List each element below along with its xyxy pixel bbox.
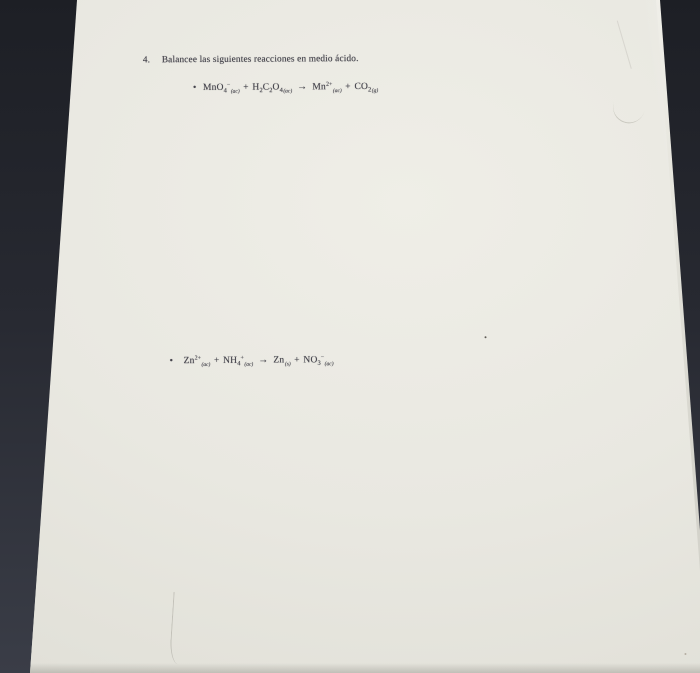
formula-segment: Zn — [184, 356, 195, 366]
reaction-equation-1: •MnO4−(ac) + H2C2O4(ac)→Mn2+(ac) + CO2(g… — [193, 81, 378, 95]
formula-segment: (ac) — [231, 88, 240, 94]
bullet-icon: • — [170, 356, 184, 366]
formula-segment: (ac) — [333, 88, 342, 94]
reaction-equation-2: •Zn2+(ac) + NH4+(ac)→Zn(s) + NO3−(ac) — [170, 354, 334, 368]
formula-segment: Mn — [312, 82, 326, 92]
paper-content: 4.Balancee las siguientes reacciones en … — [0, 0, 700, 673]
formula-segment: Zn — [273, 355, 284, 365]
problem-text: Balancee las siguientes reacciones en me… — [162, 54, 359, 65]
formula-segment: 2 — [368, 86, 371, 93]
formula-segment: + CO — [342, 82, 368, 92]
formula-segment: − — [227, 82, 230, 88]
formula-segment: MnO — [203, 83, 224, 93]
formula-segment: 2+ — [195, 355, 201, 361]
formula-segment: + NH — [210, 356, 237, 366]
reaction-2-formula: Zn2+(ac) + NH4+(ac)→Zn(s) + NO3−(ac) — [184, 355, 334, 366]
formula-segment: − — [321, 355, 324, 361]
formula-segment: (ac) — [325, 361, 334, 367]
formula-segment: → — [297, 81, 307, 92]
reaction-1-formula: MnO4−(ac) + H2C2O4(ac)→Mn2+(ac) + CO2(g) — [203, 82, 378, 93]
formula-segment: O — [272, 83, 279, 93]
formula-segment: (ac) — [283, 88, 292, 94]
formula-segment: → — [258, 355, 268, 366]
problem-number: 4. — [143, 55, 162, 65]
photographed-worksheet: 4.Balancee las siguientes reacciones en … — [0, 0, 700, 673]
problem-statement: 4.Balancee las siguientes reacciones en … — [143, 54, 359, 65]
formula-segment: (g) — [372, 87, 378, 93]
formula-segment: (ac) — [202, 361, 211, 367]
bullet-icon: • — [193, 83, 203, 93]
formula-segment: + NO — [291, 355, 318, 365]
paper-speck — [684, 653, 686, 655]
paper-crease — [609, 86, 649, 127]
paper-speck — [485, 336, 487, 338]
formula-segment: (ac) — [244, 361, 253, 367]
formula-segment: + — [240, 355, 243, 361]
formula-segment: + H — [240, 83, 260, 93]
formula-segment: 2+ — [326, 82, 332, 88]
paper-crease — [617, 20, 634, 69]
paper-sheet: 4.Balancee las siguientes reacciones en … — [0, 0, 700, 673]
paper-crease — [169, 592, 187, 665]
